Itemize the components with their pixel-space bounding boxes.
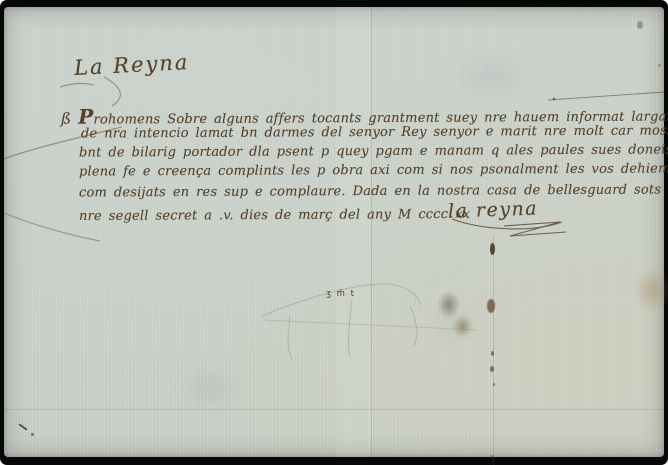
fold-ink-spot: [487, 299, 495, 313]
heading-flourish: [60, 83, 94, 87]
paper-speck: [658, 64, 661, 67]
crease-dot: [553, 98, 556, 101]
parchment-page: La Reyna ßProhomens Sobre alguns affers …: [4, 7, 664, 457]
manuscript-photo: La Reyna ßProhomens Sobre alguns affers …: [0, 0, 668, 465]
showthrough-sketch: [262, 284, 478, 360]
right-edge-stain: [632, 263, 668, 317]
fold-ink-spot: [491, 351, 494, 356]
fold-ink-spot: [491, 455, 494, 459]
fold-ink-spot: [493, 383, 495, 386]
fold-ink-spot: [490, 366, 494, 372]
queen-signature: la reyna: [448, 197, 539, 222]
showthrough-smudge-middle: [422, 305, 482, 345]
vertical-fold-line: [371, 7, 372, 457]
archival-mark: ʒ m̄ t: [326, 289, 355, 299]
horizontal-fold-line: [4, 409, 664, 410]
showthrough-smudge-top: [454, 55, 529, 100]
letter-heading: La Reyna: [73, 50, 189, 80]
manuscript-line: com desijats en res sup e complaure. Dad…: [79, 182, 661, 200]
manuscript-line: de nra intencio lamat bn darmes del seny…: [81, 123, 668, 141]
paper-speck: [637, 21, 643, 29]
ink-speck: [31, 433, 34, 436]
fold-ink-spot: [490, 243, 495, 255]
vertical-fold-line-right: [493, 235, 494, 465]
crease-line: [548, 92, 664, 100]
manuscript-line: nre segell secret a .v. dies de març del…: [79, 207, 470, 224]
paragraph-mark: ß: [61, 110, 71, 128]
vertical-fold-light-band: [336, 7, 371, 457]
manuscript-line: plena fe e creença complints les p obra …: [79, 161, 668, 179]
heading-flourish: [104, 77, 120, 106]
manuscript-line: bnt de bilarig portador dla psent p quey…: [79, 142, 668, 160]
showthrough-smudge-bottom: [179, 365, 241, 411]
brown-ink-stain: [434, 289, 480, 341]
ink-speck: [18, 423, 27, 430]
